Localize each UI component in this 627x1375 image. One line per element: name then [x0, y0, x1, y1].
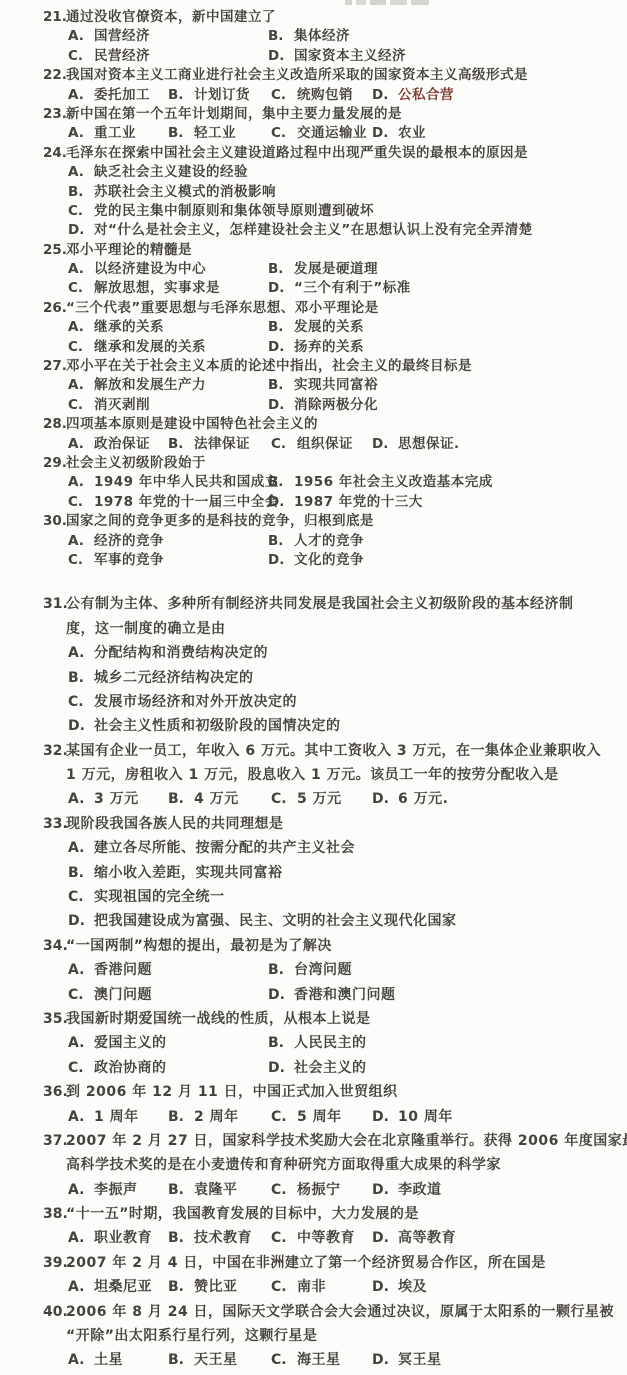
option-label: A.: [68, 1275, 94, 1299]
question-stem-continued: “开除”出太阳系行星行列，这颗行星是: [43, 1324, 613, 1348]
option-A: A.政治保证: [68, 435, 168, 454]
option-label: D.: [372, 435, 398, 454]
options: A.1 周年B.2 周年C.5 周年D.10 周年: [68, 1105, 613, 1129]
option-label: A.: [68, 1178, 94, 1202]
question-stem-text: “一国两制”构想的提出，最初是为了解决: [66, 938, 332, 954]
option-A: A.国营经济: [68, 27, 268, 46]
option-B: B.人民民主的: [268, 1031, 613, 1055]
option-text: 经济的竞争: [94, 533, 164, 549]
option-label: B.: [68, 183, 94, 202]
option-label: D.: [268, 47, 294, 66]
option-C: C.政治协商的: [68, 1056, 268, 1080]
option-C: C.统购包销: [271, 86, 372, 105]
question-number: 28.: [43, 415, 66, 434]
option-A: A.建立各尽所能、按需分配的共产主义社会: [68, 836, 613, 860]
option-B: B.发展是硬道理: [268, 260, 613, 279]
option-A: A.职业教育: [68, 1226, 168, 1250]
option-C: C.中等教育: [271, 1226, 372, 1250]
option-label: A.: [68, 1105, 94, 1129]
option-label: A.: [68, 787, 94, 811]
question: 34.“一国两制”构想的提出，最初是为了解决A.香港问题B.台湾问题C.澳门问题…: [43, 934, 613, 1007]
options: A.委托加工B.计划订货C.统购包销D.公私合营: [68, 86, 613, 105]
option-label: B.: [168, 1348, 194, 1372]
question-stem-text: 邓小平在关于社会主义本质的论述中指出，社会主义的最终目标是: [66, 358, 472, 374]
question-stem: 28.四项基本原则是建设中国特色社会主义的: [43, 415, 613, 434]
option-text: 统购包销: [297, 87, 353, 103]
option-text: 文化的竞争: [294, 552, 364, 568]
question: 37.2007 年 2 月 27 日，国家科学技术奖励大会在北京隆重举行。获得 …: [43, 1129, 613, 1202]
option-label: A.: [68, 1348, 94, 1372]
option-label: B.: [268, 27, 294, 46]
option-label: C.: [271, 1226, 297, 1250]
question-stem-text: 度，这一制度的确立是由: [66, 621, 226, 637]
option-label: A.: [68, 473, 94, 492]
options: A.土星B.天王星C.海王星D.冥王星: [68, 1348, 613, 1372]
option-text: 中等教育: [297, 1230, 355, 1246]
question: 38.“十一五”时期，我国教育发展的目标中，大力发展的是A.职业教育B.技术教育…: [43, 1202, 613, 1251]
option-B: B.赞比亚: [168, 1275, 271, 1299]
option-label: B.: [268, 376, 294, 395]
options: A.国营经济B.集体经济C.民营经济D.国家资本主义经济: [68, 27, 613, 66]
options: A.坦桑尼亚B.赞比亚C.南非D.埃及: [68, 1275, 613, 1299]
question: 29.社会主义初级阶段始于A.1949 年中华人民共和国成立B.1956 年社会…: [43, 454, 613, 512]
option-A: A.1 周年: [68, 1105, 168, 1129]
option-C: C.军事的竞争: [68, 551, 268, 570]
question-stem-text: 1 万元，房租收入 1 万元，股息收入 1 万元。该员工一年的按劳分配收入是: [66, 767, 559, 783]
option-label: C.: [68, 47, 94, 66]
question-number: 39.: [43, 1251, 66, 1275]
option-label: A.: [68, 1226, 94, 1250]
option-label: C.: [271, 124, 297, 143]
question-number: 22.: [43, 66, 66, 85]
option-label: C.: [271, 1348, 297, 1372]
option-D: D.李政道: [372, 1178, 613, 1202]
option-text: 技术教育: [194, 1230, 252, 1246]
option-label: D.: [372, 86, 398, 105]
cut-off-header-fragment: [345, 0, 435, 5]
option-text: 1956 年社会主义改造基本完成: [294, 474, 493, 490]
option-text: 交通运输业: [297, 125, 367, 141]
option-D: D.国家资本主义经济: [268, 47, 613, 66]
option-C: C.解放思想，实事求是: [68, 279, 268, 298]
option-text: 台湾问题: [294, 962, 352, 978]
option-label: A.: [68, 86, 94, 105]
option-label: D.: [268, 396, 294, 415]
option-B: B.技术教育: [168, 1226, 271, 1250]
question-section-2: 31.公有制为主体、多种所有制经济共同发展是我国社会主义初级阶段的基本经济制度，…: [43, 592, 613, 1373]
option-C: C.党的民主集中制原则和集体领导原则遭到破坏: [68, 202, 613, 221]
question-stem: 21.通过没收官僚资本，新中国建立了: [43, 8, 613, 27]
option-text: 1978 年党的十一届三中全会: [94, 494, 279, 510]
option-text: 继承和发展的关系: [94, 339, 206, 355]
option-label: C.: [68, 396, 94, 415]
option-A: A.经济的竞争: [68, 532, 268, 551]
option-C: C.杨振宁: [271, 1178, 372, 1202]
option-label: C.: [271, 1178, 297, 1202]
option-text: 对“什么是社会主义，怎样建设社会主义”在思想认识上没有完全弄清楚: [94, 222, 533, 238]
options: A.重工业B.轻工业C.交通运输业D.农业: [68, 124, 613, 143]
question-stem-text: 2007 年 2 月 27 日，国家科学技术奖励大会在北京隆重举行。获得 200…: [66, 1133, 627, 1149]
question-number: 30.: [43, 512, 66, 531]
option-text: 政治协商的: [94, 1060, 167, 1076]
option-label: D.: [268, 279, 294, 298]
option-label: C.: [68, 690, 94, 714]
option-label: B.: [68, 666, 94, 690]
question: 40.2006 年 8 月 24 日，国际天文学联合会大会通过决议，原属于太阳系…: [43, 1300, 613, 1373]
option-text: 6 万元.: [398, 791, 448, 807]
options: A.继承的关系B.发展的关系C.继承和发展的关系D.扬弃的关系: [68, 318, 613, 357]
option-text: 人民民主的: [294, 1035, 367, 1051]
option-text: 扬弃的关系: [294, 339, 364, 355]
option-text: 思想保证.: [398, 436, 460, 452]
option-text: 职业教育: [94, 1230, 152, 1246]
question-stem-text: 国家之间的竞争更多的是科技的竞争，归根到底是: [66, 513, 374, 529]
question-stem: 33.现阶段我国各族人民的共同理想是: [43, 812, 613, 836]
question: 39.2007 年 2 月 4 日，中国在非洲建立了第一个经济贸易合作区，所在国…: [43, 1251, 613, 1300]
question-stem: 30.国家之间的竞争更多的是科技的竞争，归根到底是: [43, 512, 613, 531]
option-B: B.苏联社会主义模式的消极影响: [68, 183, 613, 202]
question: 26.“三个代表”重要思想与毛泽东思想、邓小平理论是A.继承的关系B.发展的关系…: [43, 299, 613, 357]
option-B: B.人才的竞争: [268, 532, 613, 551]
question-stem: 40.2006 年 8 月 24 日，国际天文学联合会大会通过决议，原属于太阳系…: [43, 1300, 613, 1324]
option-label: A.: [68, 124, 94, 143]
question: 23.新中国在第一个五年计划期间，集中主要力量发展的是A.重工业B.轻工业C.交…: [43, 105, 613, 144]
option-label: B.: [168, 124, 194, 143]
option-B: B.计划订货: [168, 86, 271, 105]
question-stem-continued: 高科学技术奖的是在小麦遗传和育种研究方面取得重大成果的科学家: [43, 1153, 613, 1177]
option-label: B.: [168, 435, 194, 454]
option-C: C.海王星: [271, 1348, 372, 1372]
option-label: B.: [268, 532, 294, 551]
options: A.建立各尽所能、按需分配的共产主义社会B.缩小收入差距，实现共同富裕C.实现祖…: [68, 836, 613, 934]
option-B: B.1956 年社会主义改造基本完成: [268, 473, 613, 492]
option-label: D.: [372, 124, 398, 143]
option-D: D.消除两极分化: [268, 396, 613, 415]
option-A: A.香港问题: [68, 958, 268, 982]
question-stem-text: 我国新时期爱国统一战线的性质，从根本上说是: [66, 1011, 371, 1027]
option-label: D.: [372, 1178, 398, 1202]
option-B: B.2 周年: [168, 1105, 271, 1129]
option-text: 政治保证: [94, 436, 150, 452]
option-text: 海王星: [297, 1352, 341, 1368]
option-B: B.袁隆平: [168, 1178, 271, 1202]
question-stem-text: 到 2006 年 12 月 11 日，中国正式加入世贸组织: [66, 1084, 398, 1100]
option-label: D.: [268, 1056, 294, 1080]
question-stem-text: 某国有企业一员工，年收入 6 万元。其中工资收入 3 万元，在一集体企业兼职收入: [66, 743, 601, 759]
option-label: A.: [68, 260, 94, 279]
question: 28.四项基本原则是建设中国特色社会主义的A.政治保证B.法律保证C.组织保证D…: [43, 415, 613, 454]
options: A.解放和发展生产力B.实现共同富裕C.消灭剥削D.消除两极分化: [68, 376, 613, 415]
question-stem: 35.我国新时期爱国统一战线的性质，从根本上说是: [43, 1007, 613, 1031]
option-B: B.发展的关系: [268, 318, 613, 337]
option-label: B.: [168, 1105, 194, 1129]
option-A: A.继承的关系: [68, 318, 268, 337]
question-stem-text: “三个代表”重要思想与毛泽东思想、邓小平理论是: [66, 300, 379, 316]
options: A.李振声B.袁隆平C.杨振宁D.李政道: [68, 1178, 613, 1202]
option-text: 实现祖国的完全统一: [94, 889, 225, 905]
option-label: C.: [68, 202, 94, 221]
option-D: D.6 万元.: [372, 787, 613, 811]
option-label: C.: [271, 435, 297, 454]
option-label: C.: [68, 983, 94, 1007]
question-number: 26.: [43, 299, 66, 318]
question-number: 27.: [43, 357, 66, 376]
option-A: A.土星: [68, 1348, 168, 1372]
option-label: C.: [271, 787, 297, 811]
option-text: 香港问题: [94, 962, 152, 978]
question-stem: 39.2007 年 2 月 4 日，中国在非洲建立了第一个经济贸易合作区，所在国…: [43, 1251, 613, 1275]
question-stem: 24.毛泽东在探索中国社会主义建设道路过程中出现严重失误的最根本的原因是: [43, 144, 613, 163]
options: A.政治保证B.法律保证C.组织保证D.思想保证.: [68, 435, 613, 454]
options: A.分配结构和消费结构决定的B.城乡二元经济结构决定的C.发展市场经济和对外开放…: [68, 641, 613, 739]
option-text: 社会主义性质和初级阶段的国情决定的: [94, 718, 341, 734]
option-B: B.实现共同富裕: [268, 376, 613, 395]
option-text: 1987 年党的十三大: [294, 494, 423, 510]
option-C: C.民营经济: [68, 47, 268, 66]
option-text: 发展是硬道理: [294, 261, 378, 277]
option-text: 赞比亚: [194, 1279, 238, 1295]
option-text: 轻工业: [194, 125, 236, 141]
option-D: D.思想保证.: [372, 435, 613, 454]
option-label: C.: [271, 1105, 297, 1129]
question-stem-text: 邓小平理论的精髓是: [66, 242, 192, 258]
option-C: C.交通运输业: [271, 124, 372, 143]
option-text: 李振声: [94, 1182, 138, 1198]
option-text: 人才的竞争: [294, 533, 364, 549]
option-label: D.: [68, 909, 94, 933]
option-label: B.: [268, 958, 294, 982]
option-text: 1 周年: [94, 1109, 139, 1125]
option-text: 南非: [297, 1279, 326, 1295]
option-label: C.: [68, 493, 94, 512]
option-text: 继承的关系: [94, 319, 164, 335]
option-text: 2 周年: [194, 1109, 239, 1125]
option-text: 解放和发展生产力: [94, 377, 206, 393]
question-stem-text: 新中国在第一个五年计划期间，集中主要力量发展的是: [66, 106, 402, 122]
question: 35.我国新时期爱国统一战线的性质，从根本上说是A.爱国主义的B.人民民主的C.…: [43, 1007, 613, 1080]
option-A: A.李振声: [68, 1178, 168, 1202]
question: 30.国家之间的竞争更多的是科技的竞争，归根到底是A.经济的竞争B.人才的竞争C…: [43, 512, 613, 570]
option-B: B.天王星: [168, 1348, 271, 1372]
question: 33.现阶段我国各族人民的共同理想是A.建立各尽所能、按需分配的共产主义社会B.…: [43, 812, 613, 934]
question: 27.邓小平在关于社会主义本质的论述中指出，社会主义的最终目标是A.解放和发展生…: [43, 357, 613, 415]
option-label: D.: [268, 493, 294, 512]
option-D: D.社会主义的: [268, 1056, 613, 1080]
option-C: C.澳门问题: [68, 983, 268, 1007]
option-label: B.: [168, 1226, 194, 1250]
option-text: 党的民主集中制原则和集体领导原则遭到破坏: [94, 203, 374, 219]
option-label: B.: [268, 473, 294, 492]
option-label: A.: [68, 836, 94, 860]
option-text: 实现共同富裕: [294, 377, 378, 393]
option-D: D.把我国建设成为富强、民主、文明的社会主义现代化国家: [68, 909, 613, 933]
option-label: D.: [268, 338, 294, 357]
question-number: 29.: [43, 454, 66, 473]
option-text: 以经济建设为中心: [94, 261, 206, 277]
option-D: D.冥王星: [372, 1348, 613, 1372]
option-C: C.继承和发展的关系: [68, 338, 268, 357]
option-label: D.: [372, 1275, 398, 1299]
option-C: C.消灭剥削: [68, 396, 268, 415]
option-label: D.: [68, 221, 94, 240]
option-label: B.: [268, 1031, 294, 1055]
question: 31.公有制为主体、多种所有制经济共同发展是我国社会主义初级阶段的基本经济制度，…: [43, 592, 613, 738]
question-number: 33.: [43, 812, 66, 836]
options: A.经济的竞争B.人才的竞争C.军事的竞争D.文化的竞争: [68, 532, 613, 571]
option-text: 爱国主义的: [94, 1035, 167, 1051]
options: A.职业教育B.技术教育C.中等教育D.高等教育: [68, 1226, 613, 1250]
option-label: A.: [68, 1031, 94, 1055]
option-C: C.南非: [271, 1275, 372, 1299]
question: 22.我国对资本主义工商业进行社会主义改造所采取的国家资本主义高级形式是A.委托…: [43, 66, 613, 105]
option-label: A.: [68, 318, 94, 337]
option-D: D.10 周年: [372, 1105, 613, 1129]
option-text: 发展市场经济和对外开放决定的: [94, 694, 297, 710]
question-number: 34.: [43, 934, 66, 958]
option-label: B.: [68, 861, 94, 885]
exam-page: 21.通过没收官僚资本，新中国建立了A.国营经济B.集体经济C.民营经济D.国家…: [0, 0, 627, 1375]
option-text: 李政道: [398, 1182, 442, 1198]
option-text: 坦桑尼亚: [94, 1279, 152, 1295]
option-label: C.: [68, 1056, 94, 1080]
question-stem-text: 2007 年 2 月 4 日，中国在非洲建立了第一个经济贸易合作区，所在国是: [66, 1255, 546, 1271]
option-text: 5 万元: [297, 791, 342, 807]
option-label: A.: [68, 27, 94, 46]
option-B: B.缩小收入差距，实现共同富裕: [68, 861, 613, 885]
question-stem-text: 四项基本原则是建设中国特色社会主义的: [66, 416, 318, 432]
question: 36.到 2006 年 12 月 11 日，中国正式加入世贸组织A.1 周年B.…: [43, 1080, 613, 1129]
option-D: D.高等教育: [372, 1226, 613, 1250]
option-text: 杨振宁: [297, 1182, 341, 1198]
option-label: D.: [372, 1226, 398, 1250]
question-stem-text: 现阶段我国各族人民的共同理想是: [66, 816, 284, 832]
option-B: B.轻工业: [168, 124, 271, 143]
option-label: A.: [68, 532, 94, 551]
question-list: 21.通过没收官僚资本，新中国建立了A.国营经济B.集体经济C.民营经济D.国家…: [43, 8, 613, 1373]
option-text: 社会主义的: [294, 1060, 367, 1076]
option-text: 3 万元: [94, 791, 139, 807]
question-number: 21.: [43, 8, 66, 27]
option-D: D.对“什么是社会主义，怎样建设社会主义”在思想认识上没有完全弄清楚: [68, 221, 613, 240]
option-label: C.: [68, 338, 94, 357]
options: A.爱国主义的B.人民民主的C.政治协商的D.社会主义的: [68, 1031, 613, 1080]
question-stem: 31.公有制为主体、多种所有制经济共同发展是我国社会主义初级阶段的基本经济制: [43, 592, 613, 616]
option-text: 缩小收入差距，实现共同富裕: [94, 865, 283, 881]
question-stem: 37.2007 年 2 月 27 日，国家科学技术奖励大会在北京隆重举行。获得 …: [43, 1129, 613, 1153]
option-label: C.: [271, 86, 297, 105]
option-D: D.文化的竞争: [268, 551, 613, 570]
question-stem: 36.到 2006 年 12 月 11 日，中国正式加入世贸组织: [43, 1080, 613, 1104]
option-A: A.解放和发展生产力: [68, 376, 268, 395]
option-A: A.委托加工: [68, 86, 168, 105]
option-A: A.爱国主义的: [68, 1031, 268, 1055]
question-number: 31.: [43, 592, 66, 616]
options: A.1949 年中华人民共和国成立B.1956 年社会主义改造基本完成C.197…: [68, 473, 613, 512]
option-label: D.: [372, 787, 398, 811]
option-text: 国家资本主义经济: [294, 48, 406, 64]
option-label: C.: [68, 551, 94, 570]
option-text: 袁隆平: [194, 1182, 238, 1198]
question-stem-text: 毛泽东在探索中国社会主义建设道路过程中出现严重失误的最根本的原因是: [66, 145, 528, 161]
question-stem: 32.某国有企业一员工，年收入 6 万元。其中工资收入 3 万元，在一集体企业兼…: [43, 739, 613, 763]
option-text: 香港和澳门问题: [294, 987, 396, 1003]
question-stem-continued: 度，这一制度的确立是由: [43, 617, 613, 641]
option-text: 1949 年中华人民共和国成立: [94, 474, 279, 490]
option-B: B.法律保证: [168, 435, 271, 454]
option-D: D.农业: [372, 124, 613, 143]
option-B: B.城乡二元经济结构决定的: [68, 666, 613, 690]
option-text: 苏联社会主义模式的消极影响: [94, 184, 276, 200]
question-number: 24.: [43, 144, 66, 163]
option-text: 发展的关系: [294, 319, 364, 335]
option-text: 委托加工: [94, 87, 150, 103]
option-text: “三个有利于”标准: [294, 280, 411, 296]
question-stem-text: 高科学技术奖的是在小麦遗传和育种研究方面取得重大成果的科学家: [66, 1157, 501, 1173]
option-label: D.: [372, 1105, 398, 1129]
option-text: 消灭剥削: [94, 397, 150, 413]
option-D: D.1987 年党的十三大: [268, 493, 613, 512]
option-B: B.台湾问题: [268, 958, 613, 982]
option-label: B.: [168, 1178, 194, 1202]
question-stem-text: 公有制为主体、多种所有制经济共同发展是我国社会主义初级阶段的基本经济制: [66, 596, 574, 612]
option-A: A.3 万元: [68, 787, 168, 811]
option-text: 澳门问题: [94, 987, 152, 1003]
question-stem-continued: 1 万元，房租收入 1 万元，股息收入 1 万元。该员工一年的按劳分配收入是: [43, 763, 613, 787]
option-text: 5 周年: [297, 1109, 342, 1125]
question-section-1: 21.通过没收官僚资本，新中国建立了A.国营经济B.集体经济C.民营经济D.国家…: [43, 8, 613, 570]
question-stem: 27.邓小平在关于社会主义本质的论述中指出，社会主义的最终目标是: [43, 357, 613, 376]
option-A: A.重工业: [68, 124, 168, 143]
options: A.香港问题B.台湾问题C.澳门问题D.香港和澳门问题: [68, 958, 613, 1007]
option-text: 缺乏社会主义建设的经验: [94, 164, 248, 180]
question-stem: 34.“一国两制”构想的提出，最初是为了解决: [43, 934, 613, 958]
question-number: 40.: [43, 1300, 66, 1324]
question-stem: 38.“十一五”时期，我国教育发展的目标中，大力发展的是: [43, 1202, 613, 1226]
options: A.缺乏社会主义建设的经验B.苏联社会主义模式的消极影响C.党的民主集中制原则和…: [68, 163, 613, 241]
option-text: 冥王星: [398, 1352, 442, 1368]
question: 32.某国有企业一员工，年收入 6 万元。其中工资收入 3 万元，在一集体企业兼…: [43, 739, 613, 812]
option-label: C.: [68, 279, 94, 298]
question: 25.邓小平理论的精髓是A.以经济建设为中心B.发展是硬道理C.解放思想，实事求…: [43, 241, 613, 299]
question-stem-text: 2006 年 8 月 24 日，国际天文学联合会大会通过决议，原属于太阳系的一颗…: [66, 1304, 614, 1320]
question-number: 35.: [43, 1007, 66, 1031]
question-stem: 26.“三个代表”重要思想与毛泽东思想、邓小平理论是: [43, 299, 613, 318]
option-text: 埃及: [398, 1279, 427, 1295]
option-text: 计划订货: [194, 87, 250, 103]
option-label: B.: [168, 787, 194, 811]
option-label: A.: [68, 641, 94, 665]
option-text: 4 万元: [194, 791, 239, 807]
question-number: 36.: [43, 1080, 66, 1104]
option-label: C.: [271, 1275, 297, 1299]
question-stem: 23.新中国在第一个五年计划期间，集中主要力量发展的是: [43, 105, 613, 124]
option-D: D.公私合营: [372, 86, 613, 105]
option-text: 10 周年: [398, 1109, 453, 1125]
question-stem-text: 我国对资本主义工商业进行社会主义改造所采取的国家资本主义高级形式是: [66, 67, 528, 83]
option-text: 建立各尽所能、按需分配的共产主义社会: [94, 840, 355, 856]
option-text: 组织保证: [297, 436, 353, 452]
option-text: 解放思想，实事求是: [94, 280, 220, 296]
option-label: A.: [68, 163, 94, 182]
question-stem: 29.社会主义初级阶段始于: [43, 454, 613, 473]
options: A.以经济建设为中心B.发展是硬道理C.解放思想，实事求是D.“三个有利于”标准: [68, 260, 613, 299]
option-text: 军事的竞争: [94, 552, 164, 568]
option-A: A.缺乏社会主义建设的经验: [68, 163, 613, 182]
options: A.3 万元B.4 万元C.5 万元D.6 万元.: [68, 787, 613, 811]
option-C: C.组织保证: [271, 435, 372, 454]
option-text: 土星: [94, 1352, 123, 1368]
option-text: 民营经济: [94, 48, 150, 64]
